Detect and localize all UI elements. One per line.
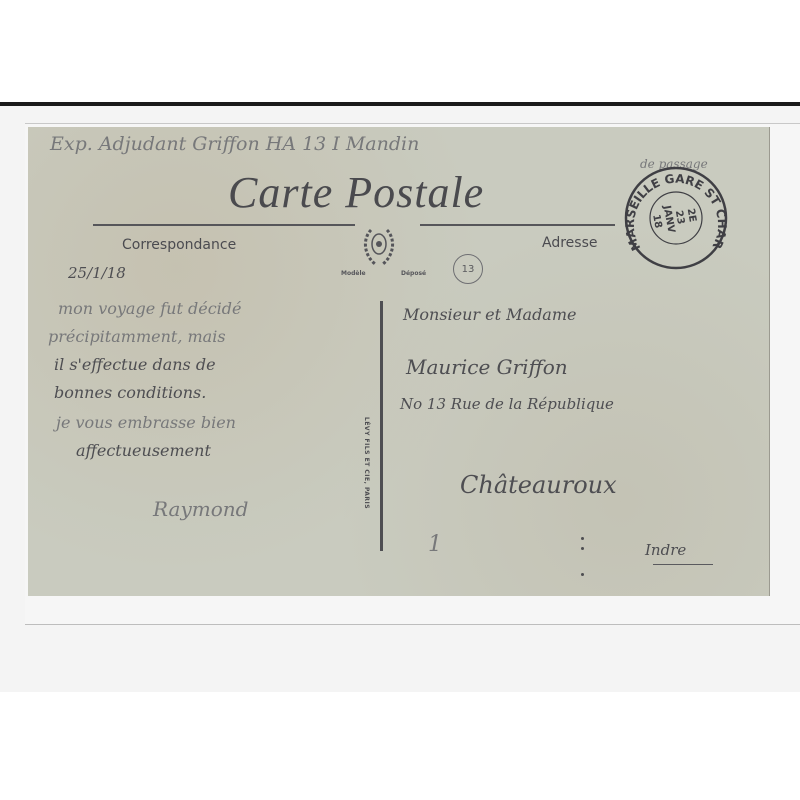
ink-dot — [581, 573, 584, 576]
correspondence-label: Correspondance — [122, 237, 236, 253]
message-line: je vous embrasse bien — [56, 413, 236, 432]
address-line: No 13 Rue de la République — [400, 395, 614, 413]
emblem-label-right: Déposé — [401, 270, 426, 277]
card-title: Carte Postale — [228, 167, 484, 218]
message-line: bonnes conditions. — [54, 383, 206, 402]
message-date: 25/1/18 — [68, 264, 126, 282]
svg-text:JANV: JANV — [661, 204, 677, 234]
circled-number: 13 — [453, 254, 483, 284]
signature: Raymond — [153, 497, 248, 521]
ink-dot — [581, 537, 584, 540]
address-line: Indre — [645, 541, 686, 559]
sender-line: Exp. Adjudant Griffon HA 13 I Mandin — [50, 133, 419, 155]
header-rule-right — [420, 224, 615, 226]
printer-credit: LÉVY FILS ET CIE, PARIS — [363, 417, 370, 509]
emblem-label-left: Modèle — [341, 270, 366, 277]
center-divider — [380, 301, 383, 551]
message-line: affectueusement — [76, 441, 211, 460]
header-rule-left — [93, 224, 355, 226]
page-mark: 1 — [428, 532, 442, 557]
address-line: Châteauroux — [460, 471, 617, 499]
postmark-stamp: MARSEILLE GARE ST CHARLES 2E 23 JANV 18 — [621, 163, 731, 273]
address-underline — [653, 564, 713, 565]
postcard-back: Exp. Adjudant Griffon HA 13 I Mandin de … — [28, 127, 770, 596]
ink-dot — [581, 547, 584, 550]
message-line: mon voyage fut décidé — [58, 299, 241, 318]
message-line: il s'effectue dans de — [54, 355, 216, 374]
message-line: précipitamment, mais — [48, 327, 226, 346]
laurel-emblem-icon — [361, 224, 397, 268]
address-line: Monsieur et Madame — [403, 305, 576, 324]
address-label: Adresse — [542, 235, 597, 251]
address-line: Maurice Griffon — [406, 355, 568, 379]
svg-text:MARSEILLE GARE ST CHARLES: MARSEILLE GARE ST CHARLES — [621, 163, 729, 253]
